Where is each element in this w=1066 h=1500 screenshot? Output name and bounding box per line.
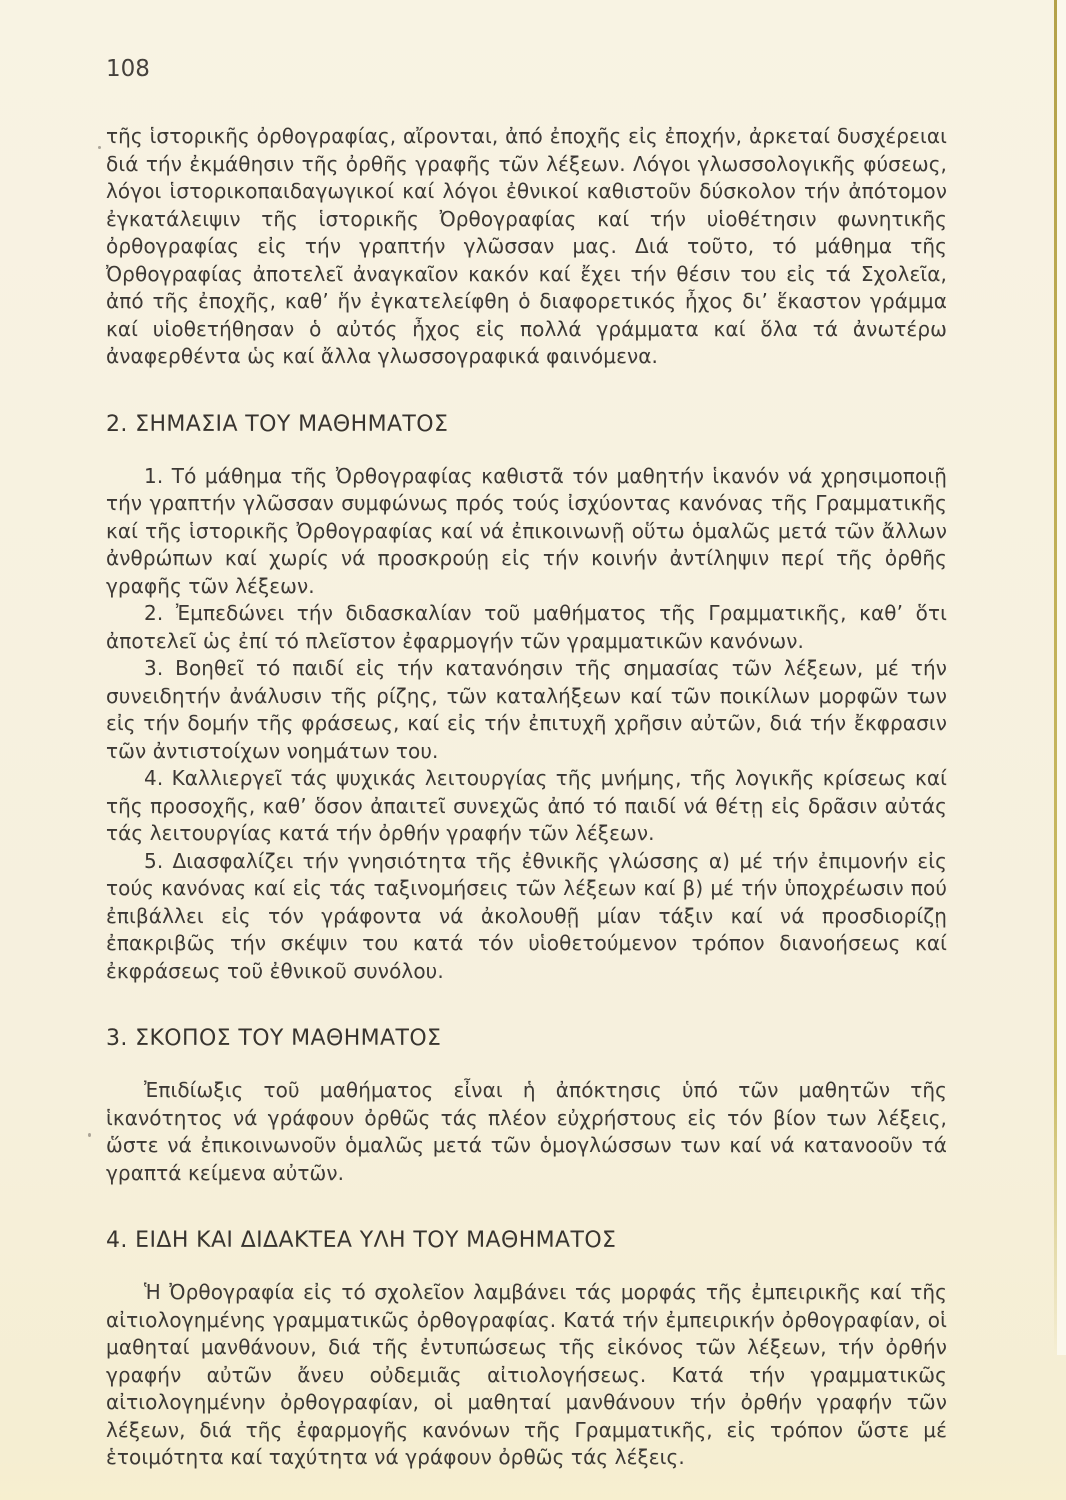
scan-speck <box>98 146 101 149</box>
section-skopos-tou-mathimatos: 3. ΣΚΟΠΟΣ ΤΟΥ ΜΑΘΗΜΑΤΟΣ Ἐπιδίωξις τοῦ μα… <box>106 1028 947 1187</box>
scan-speck <box>88 1133 91 1137</box>
skopos-paragraph: Ἐπιδίωξις τοῦ μαθήματος εἶναι ἡ ἀπόκτησι… <box>106 1077 947 1187</box>
eidi-paragraph: Ἡ Ὀρθογραφία εἰς τό σχολεῖον λαμβάνει τά… <box>106 1279 947 1472</box>
numbered-paragraph-4: 4. Καλλιεργεῖ τάς ψυχικάς λειτουργίας τῆ… <box>106 765 947 848</box>
numbered-paragraph-5: 5. Διασφαλίζει τήν γνησιότητα τῆς ἐθνικῆ… <box>106 848 947 986</box>
section-heading-simasia: 2. ΣΗΜΑΣΙΑ ΤΟΥ ΜΑΘΗΜΑΤΟΣ <box>106 414 947 436</box>
numbered-paragraph-3: 3. Βοηθεῖ τό παιδί εἰς τήν κατανόησιν τῆ… <box>106 655 947 765</box>
section-simasia-tou-mathimatos: 2. ΣΗΜΑΣΙΑ ΤΟΥ ΜΑΘΗΜΑΤΟΣ 1. Τό μάθημα τῆ… <box>106 414 947 986</box>
page-number: 108 <box>106 58 947 81</box>
page-edge-highlight <box>1057 0 1066 1355</box>
intro-paragraph: τῆς ἱστορικῆς ὀρθογραφίας, αἴρονται, ἀπό… <box>106 123 947 371</box>
scanned-book-page: { "page": { "number": "108", "background… <box>0 0 1066 1500</box>
section-heading-skopos: 3. ΣΚΟΠΟΣ ΤΟΥ ΜΑΘΗΜΑΤΟΣ <box>106 1028 947 1050</box>
numbered-paragraph-2: 2. Ἐμπεδώνει τήν διδασκαλίαν τοῦ μαθήματ… <box>106 600 947 655</box>
page-content: 108 τῆς ἱστορικῆς ὀρθογραφίας, αἴρονται,… <box>106 58 947 1472</box>
section-eidi-kai-didaktea-yli: 4. ΕΙΔΗ ΚΑΙ ΔΙΔΑΚΤΕΑ ΥΛΗ ΤΟΥ ΜΑΘΗΜΑΤΟΣ Ἡ… <box>106 1230 947 1472</box>
numbered-paragraph-1: 1. Τό μάθημα τῆς Ὀρθογραφίας καθιστᾶ τόν… <box>106 463 947 601</box>
section-heading-eidi: 4. ΕΙΔΗ ΚΑΙ ΔΙΔΑΚΤΕΑ ΥΛΗ ΤΟΥ ΜΑΘΗΜΑΤΟΣ <box>106 1230 947 1252</box>
page-edge-line <box>1054 0 1057 1355</box>
